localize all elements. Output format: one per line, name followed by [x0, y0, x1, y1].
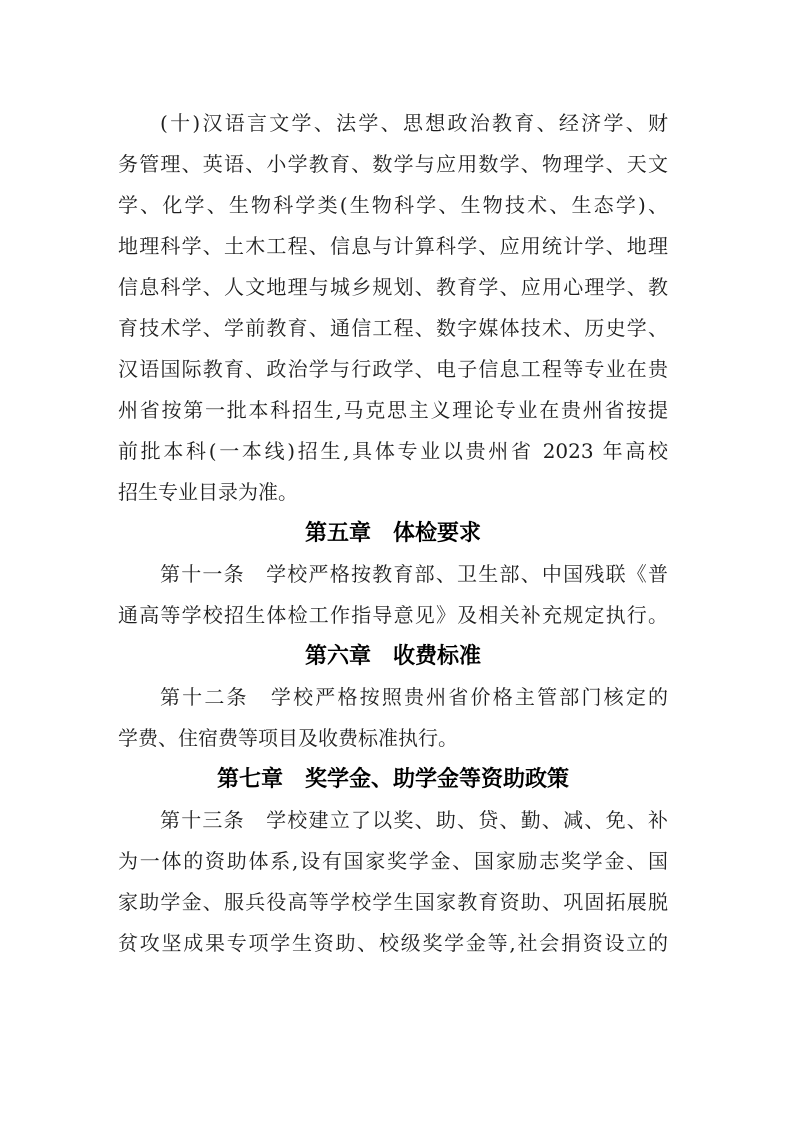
paragraph-line: 地理科学、土木工程、信息与计算科学、应用统计学、地理 [118, 226, 668, 267]
paragraph-line: 为一体的资助体系,设有国家奖学金、国家励志奖学金、国 [118, 841, 668, 882]
paragraph-line: 学、化学、生物科学类(生物科学、生物技术、生态学)、 [118, 185, 668, 226]
document-page: (十)汉语言文学、法学、思想政治教育、经济学、财 务管理、英语、小学教育、数学与… [0, 0, 792, 1122]
paragraph-line: 州省按第一批本科招生,马克思主义理论专业在贵州省按提 [118, 390, 668, 431]
paragraph-line: 第十二条 学校严格按照贵州省价格主管部门核定的 [118, 677, 668, 718]
chapter-heading-physical-exam: 第五章 体检要求 [118, 513, 668, 554]
paragraph-line: 信息科学、人文地理与城乡规划、教育学、应用心理学、教 [118, 267, 668, 308]
paragraph-line: 前批本科(一本线)招生,具体专业以贵州省 2023 年高校 [118, 431, 668, 472]
paragraph-line: 通高等学校招生体检工作指导意见》及相关补充规定执行。 [118, 595, 668, 636]
paragraph-line: (十)汉语言文学、法学、思想政治教育、经济学、财 [118, 103, 668, 144]
paragraph-line: 贫攻坚成果专项学生资助、校级奖学金等,社会捐资设立的 [118, 923, 668, 964]
paragraph-line: 学费、住宿费等项目及收费标准执行。 [118, 718, 668, 759]
paragraph-line: 招生专业目录为准。 [118, 472, 668, 513]
paragraph-line: 第十一条 学校严格按教育部、卫生部、中国残联《普 [118, 554, 668, 595]
chapter-heading-fees: 第六章 收费标准 [118, 636, 668, 677]
paragraph-line: 家助学金、服兵役高等学校学生国家教育资助、巩固拓展脱 [118, 882, 668, 923]
paragraph-line: 汉语国际教育、政治学与行政学、电子信息工程等专业在贵 [118, 349, 668, 390]
paragraph-line: 第十三条 学校建立了以奖、助、贷、勤、减、免、补 [118, 800, 668, 841]
paragraph-line: 务管理、英语、小学教育、数学与应用数学、物理学、天文 [118, 144, 668, 185]
paragraph-line: 育技术学、学前教育、通信工程、数字媒体技术、历史学、 [118, 308, 668, 349]
document-text-column: (十)汉语言文学、法学、思想政治教育、经济学、财 务管理、英语、小学教育、数学与… [118, 103, 668, 964]
chapter-heading-scholarships: 第七章 奖学金、助学金等资助政策 [118, 759, 668, 800]
